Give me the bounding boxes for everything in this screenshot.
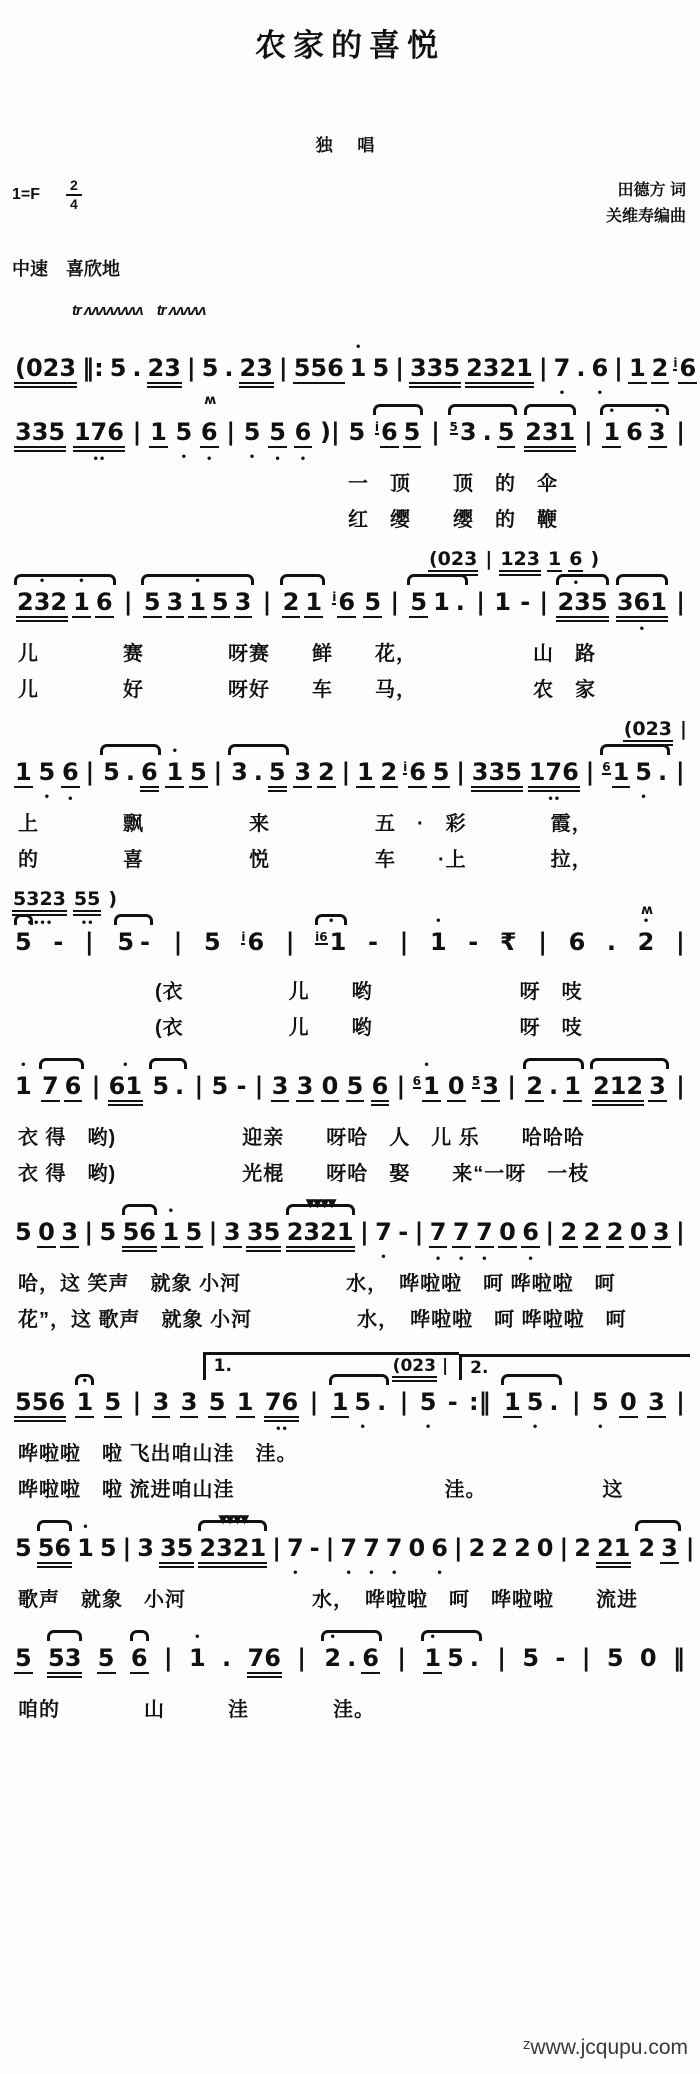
note-text: 23 (239, 354, 274, 384)
pickup-notes: (023| (10, 718, 690, 742)
music-token: 3 (60, 1218, 79, 1248)
note-text: 6 (568, 928, 587, 956)
note-text: | (225, 418, 236, 446)
music-line: 556•15|335▼▼▼▼2321|7•-|7•7•7•06•|2220|22… (10, 1534, 690, 1564)
note-text: ₹ (499, 928, 518, 956)
note-text: 35 (159, 1534, 194, 1564)
note-text: 1 (75, 1388, 94, 1418)
note-text: | (399, 928, 410, 956)
below-mark: •• (275, 1425, 288, 1435)
lyrics-line: 衣 得 哟) 迎亲 呀哈 人 儿 乐 哈哈哈 (10, 1128, 690, 1148)
note-text: - (309, 1534, 321, 1562)
note-text: | (679, 718, 688, 740)
music-token: . (131, 354, 142, 382)
note-group: 21 (280, 588, 325, 618)
music-token: | (325, 1534, 336, 1562)
note-text: 2 (317, 758, 336, 788)
note-text: | (123, 588, 134, 616)
below-mark: • (346, 1569, 352, 1579)
music-token: 6 (371, 1072, 390, 1102)
music-token: 3 (296, 1072, 315, 1102)
note-text: 6 (200, 418, 219, 448)
music-token: | (132, 1388, 143, 1416)
note-text: 5 (347, 418, 366, 446)
music-token: 3 (136, 1534, 155, 1562)
music-line: 5-|5-|5i6|•i61-|•1-₹|6.ʍ•2| (10, 928, 690, 956)
note-text: - (554, 1644, 566, 1672)
music-token: | (558, 1534, 569, 1562)
music-token: 5 (201, 354, 220, 382)
music-token: •1 (72, 588, 91, 618)
music-token: 5 (97, 1644, 116, 1674)
below-mark: • (206, 455, 212, 465)
note-text: 21 (596, 1534, 631, 1564)
music-token: | (399, 1388, 410, 1416)
note-text: 1 (161, 1218, 180, 1248)
note-text: 6 (625, 418, 644, 446)
music-token: | (340, 758, 351, 786)
lyrics-line: 哈，这 笑声 就象 小河 水， 哗啦啦 呵 哗啦啦 呵 (10, 1274, 690, 1294)
note-text: 0 (629, 1218, 648, 1248)
note-group: •15. (421, 1644, 482, 1674)
above-mark: • (39, 577, 45, 587)
time-signature-numerator: 2 (66, 178, 82, 196)
music-token: ‖ (672, 1644, 686, 1672)
note-text: 0 (536, 1534, 555, 1562)
note-text: . (253, 758, 264, 786)
note-text: | (122, 1534, 133, 1562)
music-token: | (254, 1072, 265, 1100)
note-text: 5 (210, 1072, 229, 1100)
note-text: 6 (521, 1218, 540, 1248)
note-text: 1 (628, 354, 647, 384)
note-text: 6 (678, 354, 697, 384)
music-token: 2 (637, 1534, 656, 1562)
lyrics-line: 儿 好 呀好 车 马， 农 家 (10, 680, 690, 700)
note-text: | (506, 1072, 517, 1100)
music-token: •232 (16, 588, 68, 618)
music-token: 335 (14, 418, 66, 448)
note-group: 51. (407, 588, 468, 618)
music-token: 7 (41, 1072, 60, 1102)
note-text: 5 (203, 928, 222, 956)
below-mark: • (360, 1423, 366, 1433)
note-text: - (447, 1388, 459, 1416)
note-text: 6 (590, 354, 609, 382)
note-text: 1 (429, 928, 448, 956)
grace-note: i (241, 931, 245, 945)
music-token: | (83, 1218, 94, 1246)
music-token: 6• (590, 354, 609, 382)
note-text: 5 (38, 758, 57, 786)
music-token: 0 (619, 1388, 638, 1418)
note-text: 5 (591, 1388, 610, 1416)
note-text: 5 (521, 1644, 540, 1672)
music-token: i6 (673, 354, 697, 384)
note-text: 1 (14, 1072, 33, 1100)
music-token: | (186, 354, 197, 382)
note-text: . (346, 1644, 357, 1672)
above-mark: • (330, 1633, 336, 1643)
music-token: 3 (271, 1072, 290, 1102)
note-text: | (571, 1388, 582, 1416)
music-token: ) (107, 888, 118, 910)
music-token: •1 (14, 1072, 33, 1100)
note-text: 5 (14, 1644, 33, 1674)
music-token: 6 (64, 1072, 83, 1102)
music-token: 5 (208, 1388, 227, 1418)
music-token: 5 (143, 588, 162, 618)
music-line: •232•16|53•153|21i65|51.|1-|235361•| (10, 588, 690, 618)
music-token: | (309, 1388, 320, 1416)
note-group: 15•. (501, 1388, 562, 1418)
music-token: | (132, 418, 143, 446)
music-token: (023 (392, 1356, 437, 1378)
above-mark: • (194, 577, 200, 587)
note-text: . (376, 1388, 387, 1416)
lyrics-line: 歌声 就象 小河 水， 哗啦啦 呵 哗啦啦 流进 (10, 1590, 690, 1610)
music-token: 231 (524, 418, 576, 448)
note-text: | (399, 1388, 410, 1416)
music-token: 1 (331, 1388, 350, 1418)
note-text: | (325, 1534, 336, 1562)
music-token: 5• (353, 1388, 372, 1416)
note-group: •232•16 (14, 588, 116, 618)
note-text: - (467, 928, 479, 956)
music-token: 1 (628, 354, 647, 384)
note-text: | (254, 1072, 265, 1100)
music-token: 5 (446, 1644, 465, 1672)
note-text: 5 (363, 588, 382, 618)
note-text: | (359, 1218, 370, 1246)
credits: 田德方 词 关维寿编曲 (606, 178, 690, 229)
music-token: 6 (568, 928, 587, 956)
note-text: 3 (660, 1534, 679, 1564)
volta-label: 2. (470, 1358, 488, 1378)
music-token: | (675, 1388, 686, 1416)
music-token: 556 (293, 354, 345, 384)
music-line: 55356|•1.76|•2.6|•15.|5-|50‖ (10, 1644, 690, 1674)
music-token: 0 (629, 1218, 648, 1248)
note-text: 3 (223, 1218, 242, 1248)
music-line: 503|556•15|335▼▼▼▼2321|7•-|7•7•7•06•|222… (10, 1218, 690, 1248)
note-text: 3 (648, 1072, 667, 1102)
music-token: | (484, 548, 493, 570)
note-text: 6 (95, 588, 114, 618)
note-text: 5 (606, 1644, 625, 1672)
note-text: 7 (362, 1534, 381, 1562)
music-token: - (554, 1644, 566, 1672)
note-text: 3 (481, 1072, 500, 1102)
note-text: . (482, 418, 493, 446)
music-token: 6• (430, 1534, 449, 1562)
music-token: 5 (521, 1644, 540, 1672)
music-token: 1 (432, 588, 451, 616)
music-token: | (441, 1356, 449, 1376)
music-token: . (606, 928, 617, 956)
music-token: | (173, 928, 184, 956)
note-text: ) (589, 548, 600, 570)
note-text: 176 (528, 758, 580, 788)
music-token: | (571, 1388, 582, 1416)
music-token: 5 (372, 354, 391, 382)
music-token: | (396, 1644, 407, 1672)
note-text: 2 (380, 758, 399, 788)
note-text: - (367, 928, 379, 956)
note-text: 1 (188, 588, 207, 618)
note-text: . (469, 1644, 480, 1672)
note-text: | (430, 418, 441, 446)
note-text: 7 (452, 1218, 471, 1248)
music-token: | (414, 1218, 425, 1246)
below-mark: • (391, 1569, 397, 1579)
note-text: - (519, 588, 531, 616)
music-token: 235 (556, 588, 608, 618)
music-token: 5 (211, 588, 230, 618)
music-token: | (679, 718, 688, 740)
music-token: 1 (547, 548, 562, 572)
music-token: 1 (149, 418, 168, 448)
music-token: 6• (568, 548, 583, 572)
music-token: i6 (332, 588, 356, 618)
above-mark: • (609, 407, 615, 417)
tempo-marking: 中速 喜欣地 (10, 255, 690, 281)
note-text: | (675, 1072, 686, 1100)
pickup-notes: 5323••••55••) (10, 888, 690, 912)
note-text: 1 (503, 1388, 522, 1418)
note-text: 7 (429, 1218, 448, 1248)
music-token: 1 (236, 1388, 255, 1418)
note-text: . (657, 758, 668, 786)
music-token: . (376, 1388, 387, 1416)
music-token: 0 (536, 1534, 555, 1562)
music-token: •1 (75, 1388, 94, 1418)
note-text: 56 (122, 1218, 157, 1248)
music-token: 5 (14, 928, 33, 956)
music-token: 35 (159, 1534, 194, 1564)
music-token: | (193, 1072, 204, 1100)
music-token: 6• (294, 418, 313, 448)
note-text: 5 (109, 354, 128, 382)
note-group: •16•3 (600, 418, 668, 448)
above-mark: • (78, 577, 84, 587)
music-token: •1 (349, 354, 368, 382)
note-text: 176 (73, 418, 125, 448)
music-token: 5 (102, 758, 121, 786)
watermark: ᶻwww.jcqupu.com (523, 2036, 688, 2060)
performance-type: 独 唱 (10, 131, 690, 156)
music-token: 5 (409, 588, 428, 618)
note-text: 5 (403, 418, 422, 448)
music-token: . (221, 1644, 232, 1672)
music-token: | (583, 418, 594, 446)
note-text: 5 (151, 1072, 170, 1100)
note-text: 5 (372, 354, 391, 382)
note-text: 1 (493, 588, 512, 616)
note-text: 5 (497, 418, 516, 448)
music-token: •3 (648, 418, 667, 448)
music-token: 53 (450, 418, 478, 446)
music-token: 5• (38, 758, 57, 786)
note-text: | (296, 1644, 307, 1672)
note-text: 53 (47, 1644, 82, 1674)
music-token: •1 (76, 1534, 95, 1562)
note-text: . (223, 354, 234, 382)
lyrics-line: 上 飘 来 五 · 彩 霞， (10, 814, 690, 834)
music-token: | (262, 588, 273, 616)
time-signature: 2 4 (66, 178, 82, 213)
music-token: •1 (165, 758, 184, 788)
note-text: 2321 (286, 1218, 355, 1248)
music-token: | (394, 354, 405, 382)
note-text: | (271, 1534, 282, 1562)
note-text: | (675, 758, 686, 786)
music-token: 6 (361, 1644, 380, 1674)
note-text: ) (107, 888, 118, 910)
music-token: 7• (429, 1218, 448, 1248)
music-token: ʍ6• (200, 418, 219, 448)
note-text: | (675, 1388, 686, 1416)
note-group: •2.6 (321, 1644, 382, 1674)
music-token: ) (589, 548, 600, 570)
below-mark: • (425, 1423, 431, 1433)
above-mark: • (82, 1523, 88, 1533)
score: (023‖:5.23|5.23|556•15|3352321|7•.6•|12i… (10, 354, 690, 1720)
music-token: . (469, 1644, 480, 1672)
music-token: 7• (385, 1534, 404, 1562)
music-token: 7• (362, 1534, 381, 1562)
note-text: | (389, 588, 400, 616)
music-token: 35 (246, 1218, 281, 1248)
music-token: 5 (346, 1072, 365, 1102)
music-token: - (467, 928, 479, 956)
music-token: 56 (122, 1218, 157, 1248)
music-token: 212 (592, 1072, 644, 1102)
note-text: 361 (616, 588, 668, 618)
music-token: | (675, 588, 686, 616)
note-group: 5- (114, 928, 153, 956)
note-text: (023 (14, 354, 77, 384)
music-token: •1 (429, 928, 448, 956)
note-text: 6 (430, 1534, 449, 1562)
below-mark: • (639, 625, 645, 635)
note-text: 5 (143, 588, 162, 618)
music-token: 5 (109, 354, 128, 382)
note-text: 1 (423, 1644, 442, 1674)
note-text: (023 (392, 1356, 437, 1378)
music-token: . (657, 758, 668, 786)
note-text: . (548, 1072, 559, 1100)
note-text: | (675, 1218, 686, 1246)
music-token: | (123, 588, 134, 616)
music-token: | (396, 1072, 407, 1100)
music-token: 176•• (73, 418, 125, 448)
below-mark: •• (547, 795, 560, 805)
music-system: (023|15•6•|5.6•15|3.532|12i65|335176••|6… (10, 718, 690, 870)
music-token: 3 (647, 1388, 666, 1418)
music-token: | (585, 758, 596, 786)
note-text: 5 (99, 1534, 118, 1562)
music-token: 0 (447, 1072, 466, 1102)
music-token: 3 (223, 1218, 242, 1248)
music-token: •2 (323, 1644, 342, 1672)
music-token: 5 (432, 758, 451, 788)
music-token: (023 (14, 354, 77, 384)
key-signature: 1=F 2 4 (10, 178, 82, 213)
note-text: | (85, 758, 96, 786)
music-token: 6• (521, 1218, 540, 1248)
music-token: 3 (180, 1388, 199, 1418)
song-title: 农家的喜悦 (10, 20, 690, 65)
note-text: 6 (140, 758, 159, 788)
music-token: | (389, 588, 400, 616)
note-text: 76 (247, 1644, 282, 1674)
music-token: . (125, 758, 136, 786)
note-text: 2 (559, 1218, 578, 1248)
note-text: 1 (236, 1388, 255, 1418)
note-text: 5 (526, 1388, 545, 1416)
music-token: 5323•••• (12, 888, 67, 912)
note-text: . (131, 354, 142, 382)
grace-note: i (403, 761, 407, 775)
note-text: | (581, 1644, 592, 1672)
note-text: | (213, 758, 224, 786)
music-token: - (139, 928, 151, 956)
volta-label: 1. (214, 1356, 232, 1376)
note-text: 5 (104, 1388, 123, 1418)
music-token: •1 (188, 588, 207, 618)
music-token: ▼▼▼▼2321 (286, 1218, 355, 1248)
note-text: 1 (304, 588, 323, 618)
note-text: | (585, 758, 596, 786)
music-token: 2 (525, 1072, 544, 1102)
music-token: . (455, 588, 466, 616)
note-text: :‖ (468, 1388, 492, 1416)
music-system: 556•15|335▼▼▼▼2321|7•-|7•7•7•06•|2220|22… (10, 1534, 690, 1610)
note-text: 5 (419, 1388, 438, 1416)
note-group: 3.5 (228, 758, 289, 788)
music-token: •1 (188, 1644, 207, 1672)
music-token: 335 (471, 758, 523, 788)
note-text: 5323 (12, 888, 67, 912)
note-group: 2123 (590, 1072, 669, 1102)
music-token: | (538, 354, 549, 382)
music-token: | (271, 1534, 282, 1562)
note-text: 1 (188, 1644, 207, 1672)
music-token: 56 (37, 1534, 72, 1564)
music-token: 61 (602, 758, 630, 788)
note-text: 556 (293, 354, 345, 384)
grace-note: i (375, 421, 379, 435)
pickup-notes: (023|12316•) (10, 548, 690, 572)
music-token: . (548, 1072, 559, 1100)
note-text: 5 (409, 588, 428, 618)
music-token: | (399, 928, 410, 956)
music-token: 5• (526, 1388, 545, 1416)
note-text: 3 (230, 758, 249, 786)
note-text: | (262, 588, 273, 616)
note-text: - (235, 1072, 247, 1100)
note-text: 7 (475, 1218, 494, 1248)
music-token: - (447, 1388, 459, 1416)
below-mark: • (527, 1255, 533, 1265)
note-text: ‖ (672, 1644, 686, 1672)
above-mark: • (168, 1207, 174, 1217)
note-text: | (132, 418, 143, 446)
music-token: 5 (14, 1218, 33, 1246)
note-text: 0 (408, 1534, 427, 1562)
below-mark: • (292, 1569, 298, 1579)
